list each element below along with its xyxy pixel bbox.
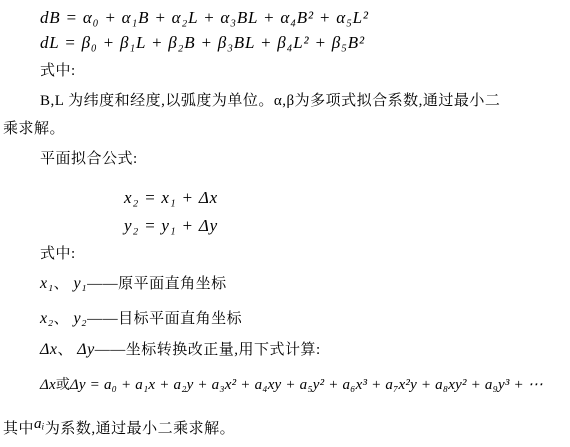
label-in-formula-2: 式中: — [40, 244, 76, 264]
text-segment: ——坐标转换改正量,用下式计算: — [95, 342, 321, 358]
text-segment: aᵢ — [34, 416, 45, 432]
text-segment: dB = α₀ + α₁B + α₂L + α₃BL + α₄B² + α₅L² — [40, 8, 369, 27]
text-segment: Δx — [40, 341, 58, 358]
text-segment: 其中 — [3, 421, 34, 437]
definition-x1-y1: x₁、 y₁——原平面直角坐标 — [40, 274, 227, 294]
definition-dx-dy: Δx、 Δy——坐标转换改正量,用下式计算: — [40, 340, 321, 360]
text-segment: 平面拟合公式: — [40, 151, 138, 167]
text-segment: y₂ = y₁ + Δy — [124, 216, 218, 235]
label-in-formula-1: 式中: — [40, 61, 76, 81]
text-segment: y₁ — [73, 275, 87, 292]
text-segment: ——原平面直角坐标 — [87, 276, 227, 292]
para-bl-description-line-2: 乘求解。 — [3, 119, 65, 139]
text-segment: x₁ — [40, 275, 54, 292]
text-segment: 乘求解。 — [3, 121, 65, 137]
text-segment: y₂ — [73, 310, 87, 327]
text-segment: 、 — [54, 276, 74, 292]
formula-db: dB = α₀ + α₁B + α₂L + α₃BL + α₄B² + α₅L² — [40, 8, 369, 29]
text-segment: 或 — [56, 378, 70, 393]
formula-dl: dL = β₀ + β₁L + β₂B + β₃BL + β₄L² + β₅B² — [40, 33, 365, 54]
document-page: dB = α₀ + α₁B + α₂L + α₃BL + α₄B² + α₅L²… — [0, 0, 570, 447]
label-plane-fitting-formula: 平面拟合公式: — [40, 149, 138, 169]
text-segment: x₂ — [40, 310, 54, 327]
para-coefficient-note: 其中aᵢ为系数,通过最小二乘求解。 — [3, 419, 235, 439]
text-segment: 、 — [58, 342, 78, 358]
text-segment: Δy — [77, 341, 95, 358]
text-segment: x₂ = x₁ + Δx — [124, 188, 218, 207]
text-segment: Δx — [40, 377, 56, 393]
para-bl-description-line-1: B,L 为纬度和经度,以弧度为单位。α,β为多项式拟合系数,通过最小二 — [40, 91, 500, 111]
definition-x2-y2: x₂、 y₂——目标平面直角坐标 — [40, 309, 242, 329]
text-segment: Δy = a₀ + a₁x + a₂y + a₃x² + a₄xy + a₅y²… — [70, 377, 543, 393]
text-segment: 、 — [54, 311, 74, 327]
formula-x2: x₂ = x₁ + Δx — [124, 188, 218, 209]
text-segment: dL = β₀ + β₁L + β₂B + β₃BL + β₄L² + β₅B² — [40, 33, 365, 52]
text-segment: 式中: — [40, 63, 76, 79]
formula-y2: y₂ = y₁ + Δy — [124, 216, 218, 237]
text-segment: 式中: — [40, 246, 76, 262]
formula-correction-polynomial: Δx或Δy = a₀ + a₁x + a₂y + a₃x² + a₄xy + a… — [40, 375, 543, 396]
text-segment: 为系数,通过最小二乘求解。 — [45, 421, 235, 437]
text-segment: B,L 为纬度和经度,以弧度为单位。α,β为多项式拟合系数,通过最小二 — [40, 93, 500, 109]
text-segment: ——目标平面直角坐标 — [87, 311, 242, 327]
